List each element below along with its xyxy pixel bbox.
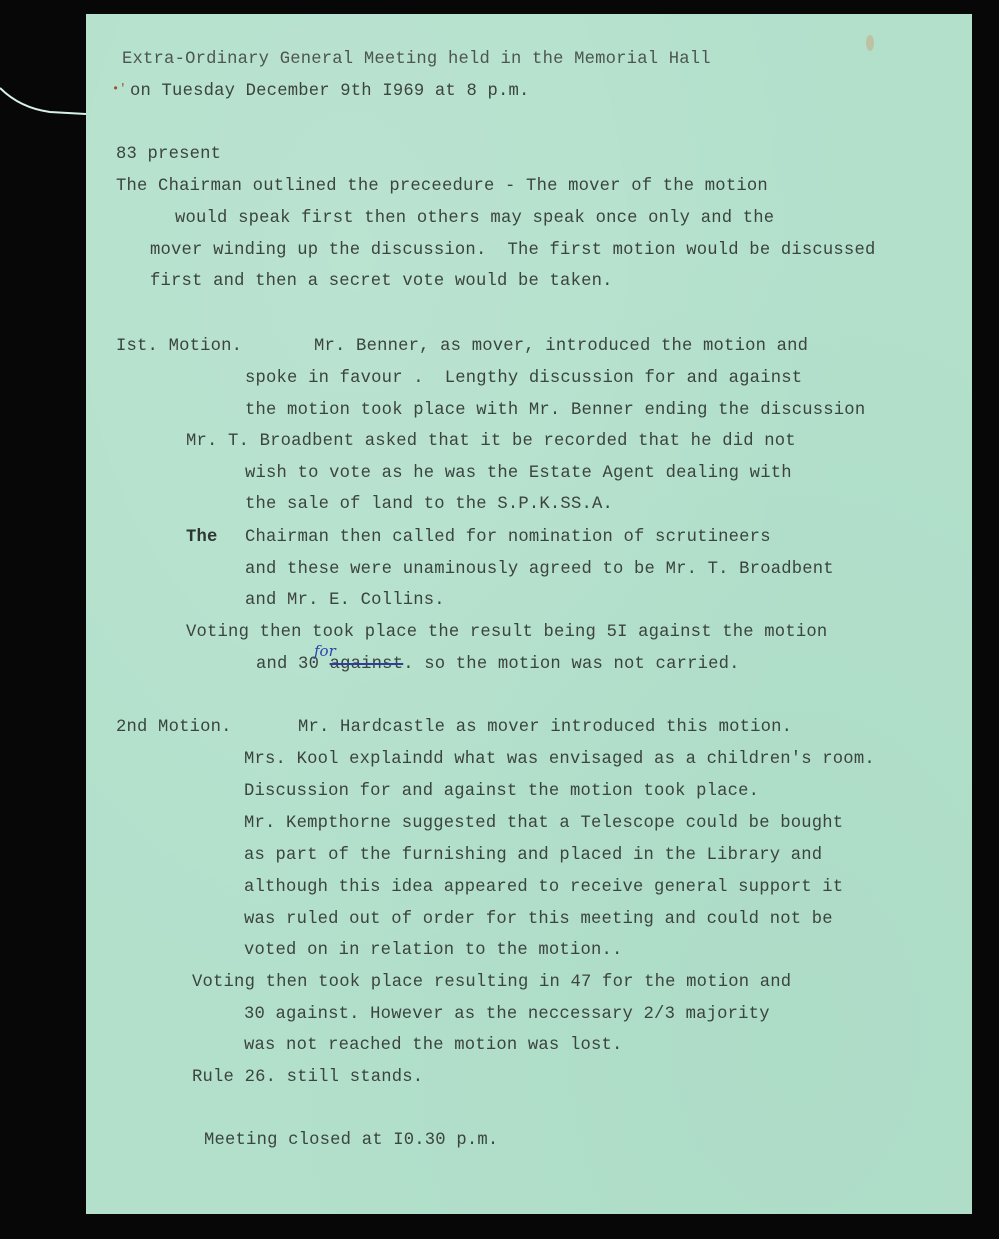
scanned-document: •' Extra-Ordinary General Meeting held i… (0, 0, 999, 1239)
header-line-2: on Tuesday December 9th I969 at 8 p.m. (130, 82, 530, 102)
struck-word: against (330, 655, 404, 674)
handwritten-correction: for (314, 642, 336, 660)
motion2-line-4: Mr. Kempthorne suggested that a Telescop… (244, 814, 843, 834)
motion2-line-10: 30 against. However as the neccessary 2/… (244, 1005, 770, 1025)
motion2-line-9: Voting then took place resulting in 47 f… (192, 973, 791, 993)
paper-stain (866, 35, 874, 51)
motion2-line-3: Discussion for and against the motion to… (244, 782, 759, 802)
procedure-line-3: mover winding up the discussion. The fir… (150, 241, 875, 261)
motion1-line-3: the motion took place with Mr. Benner en… (245, 401, 865, 421)
motion1-line-7: Chairman then called for nomination of s… (245, 528, 771, 548)
motion2-line-12: Rule 26. still stands. (192, 1068, 423, 1088)
attendance: 83 present (116, 145, 221, 165)
motion2-line-8: voted on in relation to the motion.. (244, 941, 623, 961)
motion1-line-5: wish to vote as he was the Estate Agent … (245, 464, 792, 484)
motion2-line-5: as part of the furnishing and placed in … (244, 846, 822, 866)
ink-mark-icon: •' (112, 82, 126, 96)
procedure-line-4: first and then a secret vote would be ta… (150, 272, 613, 292)
procedure-line-2: would speak first then others may speak … (175, 209, 774, 229)
motion2-line-6: although this idea appeared to receive g… (244, 878, 843, 898)
binding-string-icon (0, 80, 90, 120)
motion1-line-1: Mr. Benner, as mover, introduced the mot… (314, 337, 808, 357)
closing-line: Meeting closed at I0.30 p.m. (204, 1131, 498, 1151)
motion2-label: 2nd Motion. (116, 718, 232, 738)
motion1-line-6: the sale of land to the S.P.K.SS.A. (245, 495, 613, 515)
motion1-line-9: and Mr. E. Collins. (245, 591, 445, 611)
motion2-line-1: Mr. Hardcastle as mover introduced this … (298, 718, 792, 738)
motion2-line-2: Mrs. Kool explaindd what was envisaged a… (244, 750, 875, 770)
motion2-line-11: was not reached the motion was lost. (244, 1036, 623, 1056)
motion1-line-8: and these were unaminously agreed to be … (245, 560, 834, 580)
procedure-line-1: The Chairman outlined the preceedure - T… (116, 177, 768, 197)
motion1-label: Ist. Motion. (116, 337, 242, 357)
motion1-line-4: Mr. T. Broadbent asked that it be record… (186, 432, 796, 452)
vote-result-text: . so the motion was not carried. (403, 655, 739, 674)
vote-count-text: and 30 (256, 655, 319, 674)
motion1-overtyped-the: The (186, 528, 218, 548)
motion2-line-7: was ruled out of order for this meeting … (244, 910, 833, 930)
motion1-line-2: spoke in favour . Lengthy discussion for… (245, 369, 802, 389)
motion1-line-10: Voting then took place the result being … (186, 623, 827, 643)
header-line-1: Extra-Ordinary General Meeting held in t… (122, 50, 711, 70)
